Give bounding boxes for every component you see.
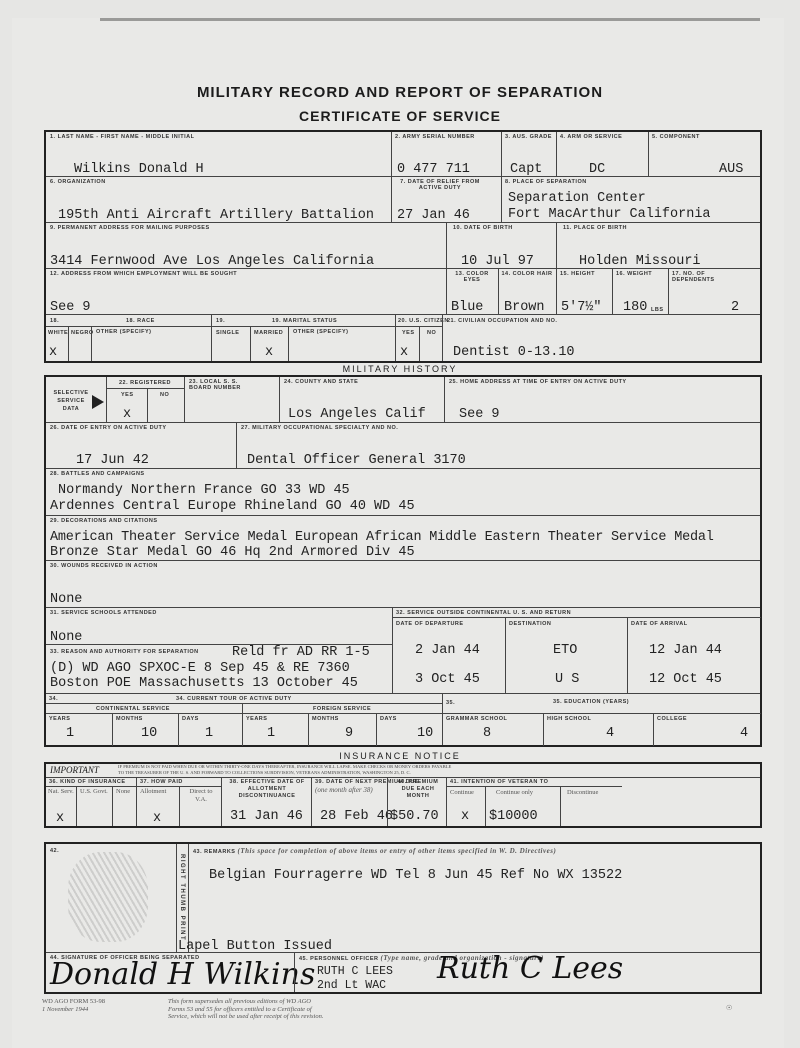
field-component: 5. COMPONENT AUS — [648, 132, 760, 177]
form-number: WD AGO FORM 53-98 1 November 1944 — [42, 998, 132, 1013]
selective-service-label: SELECTIVE SERVICE DATA — [46, 377, 106, 423]
field-registered: 22. REGISTERED YESx NO — [106, 377, 184, 423]
field-permanent-address: 9. PERMANENT ADDRESS FOR MAILING PURPOSE… — [46, 223, 446, 269]
trip-1-arrival: 12 Jan 44 — [649, 643, 722, 658]
name-value: Wilkins Donald H — [74, 162, 204, 177]
insurance-heading: INSURANCE NOTICE — [0, 751, 800, 761]
field-next-premium: 39. Date of Next Premium Due (one month … — [311, 778, 387, 826]
field-intention: 41. INTENTION OF VETERAN TO Continuex Co… — [446, 778, 621, 826]
personal-section: 1. LAST NAME - FIRST NAME - MIDDLE INITI… — [44, 130, 762, 363]
field-civilian-occupation: 21. CIVILIAN OCCUPATION AND NO. Dentist … — [442, 315, 760, 361]
field-arm: 4. ARM OR SERVICE DC — [556, 132, 648, 177]
supersedes-note: This form supersedes all previous editio… — [168, 998, 328, 1021]
field-entry-date: 26. DATE OF ENTRY ON ACTIVE DUTY 17 Jun … — [46, 423, 236, 469]
trip-1-departure: 2 Jan 44 — [415, 643, 480, 658]
trip-2-departure: 3 Oct 45 — [415, 672, 480, 687]
race-white-mark: x — [49, 345, 57, 360]
field-us-citizen: 20. U.S. CITIZEN YESx NO — [395, 315, 442, 361]
field-county-state: 24. COUNTY AND STATE Los Angeles Calif — [279, 377, 444, 423]
field-separation-reason: 33. REASON AND AUTHORITY FOR SEPARATION … — [46, 645, 392, 693]
field-dependents: 17. NO. OF DEPENDENTS 2 — [668, 269, 760, 315]
field-decorations: 29. DECORATIONS AND CITATIONS American T… — [46, 516, 760, 561]
field-board-number: 23. LOCAL S. S. BOARD NUMBER — [184, 377, 279, 423]
insurance-section: IMPORTANT IF PREMIUM IS NOT PAID WHEN DU… — [44, 762, 762, 828]
field-race: 18.18. RACE WHITEx NEGRO OTHER (specify) — [46, 315, 211, 361]
trip-1-destination: ETO — [553, 643, 577, 658]
insurance-warning: IMPORTANT IF PREMIUM IS NOT PAID WHEN DU… — [46, 764, 760, 778]
field-hair-color: 14. COLOR HAIR Brown — [498, 269, 556, 315]
field-remarks: 43. REMARKS (This space for completion o… — [188, 844, 760, 952]
scan-edge — [100, 18, 760, 21]
field-weight: 16. WEIGHT 180 LBS — [612, 269, 668, 315]
trip-2-destination: U S — [555, 672, 579, 687]
arrow-right-icon — [92, 395, 104, 409]
field-mos: 27. MILITARY OCCUPATIONAL SPECIALTY AND … — [236, 423, 760, 469]
field-date-of-birth: 10. DATE OF BIRTH 10 Jul 97 — [446, 223, 556, 269]
outside-service-table: 32. SERVICE OUTSIDE CONTINENTAL U. S. AN… — [392, 608, 760, 693]
document-subtitle: CERTIFICATE OF SERVICE — [0, 108, 800, 124]
remarks-line-1: Belgian Fourragerre WD Tel 8 Jun 45 Ref … — [209, 868, 622, 883]
field-grade: 3. AUS. GRADE Capt — [501, 132, 556, 177]
education-table: 35. 35. EDUCATION (years) GRAMMAR SCHOOL… — [442, 693, 760, 745]
field-home-address-entry: 25. HOME ADDRESS AT TIME OF ENTRY ON ACT… — [444, 377, 760, 423]
field-how-paid: 37. HOW PAID Allotmentx Direct to V.A. — [136, 778, 221, 826]
continue-mark: x — [461, 809, 469, 824]
field-relief-date: 7. DATE OF RELIEF FROM ACTIVE DUTY 27 Ja… — [391, 177, 501, 223]
field-eye-color: 13. COLOR EYES Blue — [446, 269, 498, 315]
printer-mark-icon: ☉ — [726, 1004, 732, 1012]
field-name: 1. LAST NAME - FIRST NAME - MIDDLE INITI… — [46, 132, 391, 177]
military-history-heading: MILITARY HISTORY — [0, 364, 800, 374]
field-height: 15. HEIGHT 5'7½" — [556, 269, 612, 315]
current-tour-table: 34. 34. CURRENT TOUR OF ACTIVE DUTY CONT… — [46, 693, 442, 745]
military-history-section: SELECTIVE SERVICE DATA 22. REGISTERED YE… — [44, 375, 762, 747]
field-serial: 2. ARMY SERIAL NUMBER 0 477 711 — [391, 132, 501, 177]
remarks-section: 42. RIGHT THUMB PRINT 43. REMARKS (This … — [44, 842, 762, 994]
field-kind-of-insurance: 36. KIND OF INSURANCE Nat. Serv.x U.S. G… — [46, 778, 136, 826]
field-premium-due: 40. PREMIUM DUE EACH MONTH $50.70 — [387, 778, 446, 826]
nat-serv-mark: x — [56, 811, 64, 826]
field-personnel-officer: 45. PERSONNEL OFFICER (Type name, grade … — [294, 952, 760, 992]
field-organization: 6. ORGANIZATION 195th Anti Aircraft Arti… — [46, 177, 391, 223]
married-mark: x — [265, 345, 273, 360]
field-battles-campaigns: 28. BATTLES AND CAMPAIGNS Normandy North… — [46, 469, 760, 516]
allotment-mark: x — [153, 811, 161, 826]
field-officer-signature: 44. SIGNATURE OF OFFICER BEING SEPARATED… — [46, 952, 294, 992]
field-effective-date: 38. Effective Date of Allotment Disconti… — [221, 778, 311, 826]
trip-2-arrival: 12 Oct 45 — [649, 672, 722, 687]
citizen-yes-mark: x — [400, 345, 408, 360]
fingerprint-icon — [68, 852, 148, 942]
field-service-schools: 31. SERVICE SCHOOLS ATTENDED None — [46, 608, 392, 645]
field-employment-address: 12. ADDRESS FROM WHICH EMPLOYMENT WILL B… — [46, 269, 446, 315]
field-wounds: 30. WOUNDS RECEIVED IN ACTION None — [46, 561, 760, 608]
field-place-of-birth: 11. PLACE OF BIRTH Holden Missouri — [556, 223, 760, 269]
field-marital-status: 19.19. MARITAL STATUS SINGLE MARRIEDx OT… — [211, 315, 395, 361]
thumb-print-box: 42. — [46, 844, 186, 952]
field-place-of-separation: 8. PLACE OF SEPARATION Separation Center… — [501, 177, 760, 223]
document-title: MILITARY RECORD AND REPORT OF SEPARATION — [0, 84, 800, 101]
registered-yes-mark: x — [123, 407, 131, 422]
